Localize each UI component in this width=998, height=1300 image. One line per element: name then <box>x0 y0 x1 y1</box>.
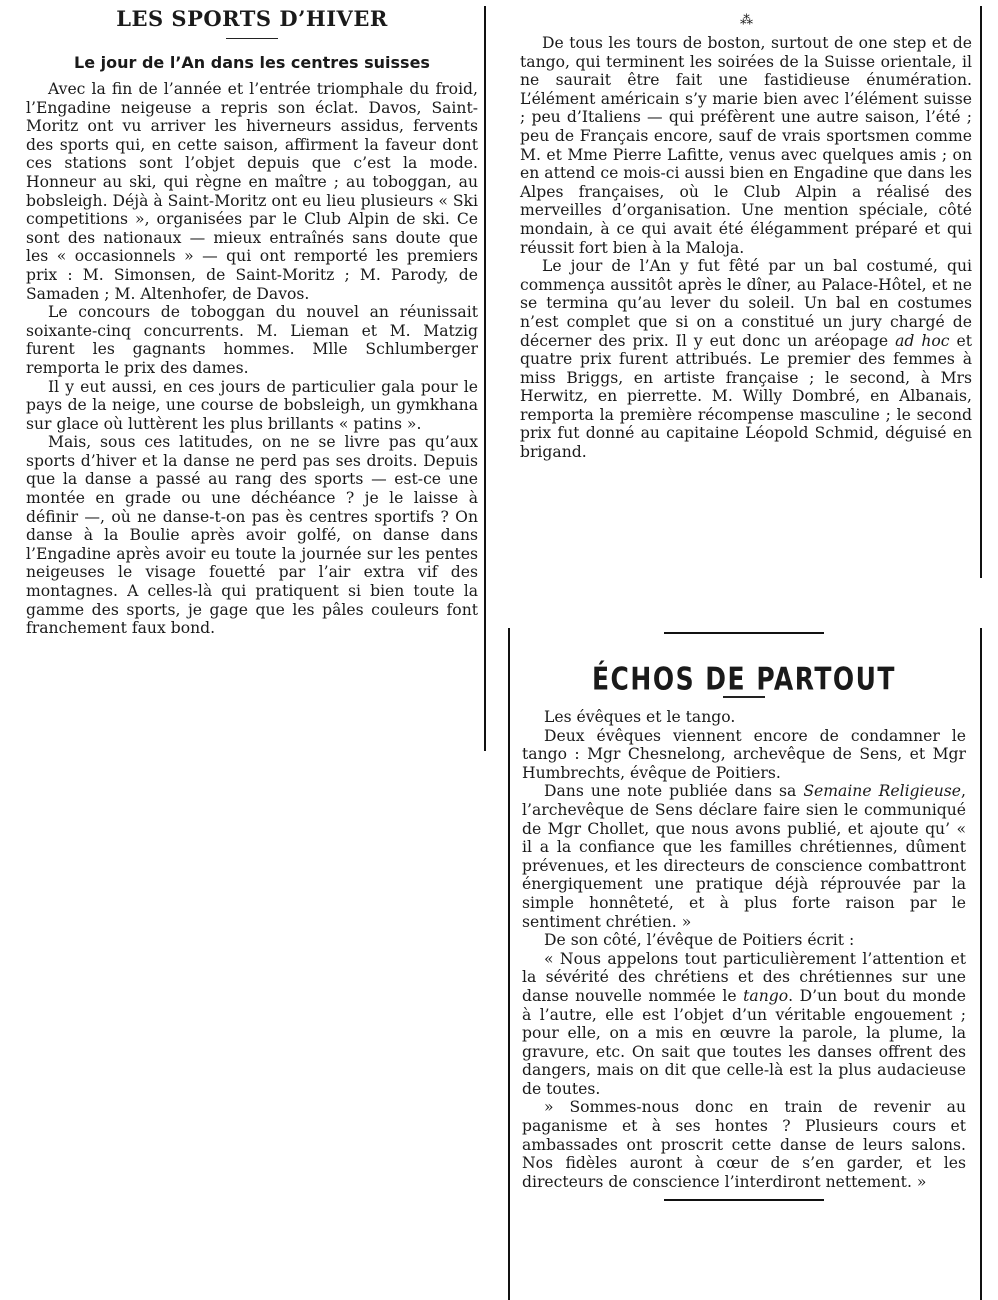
paragraph: Le jour de l’An y fut fêté par un bal co… <box>520 257 972 462</box>
headline-rule <box>226 38 278 39</box>
italic-text: Semaine Religieuse <box>803 782 961 800</box>
article-body-continued: De tous les tours de boston, surtout de … <box>520 34 972 462</box>
paragraph: Deux évêques viennent encore de condamne… <box>522 727 966 783</box>
bottom-rule <box>664 1199 824 1201</box>
paragraph: Avec la fin de l’année et l’entrée triom… <box>26 80 478 303</box>
asterism-separator: ⁂ <box>520 14 972 34</box>
echos-body: Les évêques et le tango. Deux évêques vi… <box>522 708 966 1191</box>
article-subheadline: Le jour de l’An dans les centres suisses <box>26 53 478 72</box>
article-body: Avec la fin de l’année et l’entrée triom… <box>26 80 478 638</box>
paragraph: De tous les tours de boston, surtout de … <box>520 34 972 257</box>
italic-text: ad hoc <box>895 332 949 350</box>
item-title: Les évêques et le tango. <box>522 708 966 727</box>
paragraph: Le concours de toboggan du nouvel an réu… <box>26 303 478 377</box>
article-headline: LES SPORTS D’HIVER <box>26 6 478 32</box>
paragraph: « Nous appelons tout particulièrement l’… <box>522 950 966 1099</box>
left-column-divider <box>484 6 486 751</box>
top-rule <box>664 632 824 634</box>
article-sports-hiver: LES SPORTS D’HIVER Le jour de l’An dans … <box>26 0 478 638</box>
text-run: , l’archevêque de Sens déclare faire sie… <box>522 782 966 930</box>
section-title: ÉCHOS DE PARTOUT <box>522 661 966 694</box>
text-run: et quatre prix furent attribués. Le prem… <box>520 332 972 462</box>
paragraph: Dans une note publiée dans sa Semaine Re… <box>522 782 966 931</box>
text-run: Dans une note publiée dans sa <box>544 782 803 800</box>
paragraph: De son côté, l’évêque de Poitiers écrit … <box>522 931 966 950</box>
echos-de-partout-box: ÉCHOS DE PARTOUT Les évêques et le tango… <box>508 628 982 1300</box>
right-column-divider <box>980 6 982 578</box>
article-continuation: ⁂ De tous les tours de boston, surtout d… <box>520 0 972 462</box>
italic-text: tango <box>743 987 788 1005</box>
paragraph: Mais, sous ces latitudes, on ne se livre… <box>26 433 478 638</box>
paragraph: Il y eut aussi, en ces jours de particul… <box>26 378 478 434</box>
paragraph: » Sommes-nous donc en train de revenir a… <box>522 1098 966 1191</box>
